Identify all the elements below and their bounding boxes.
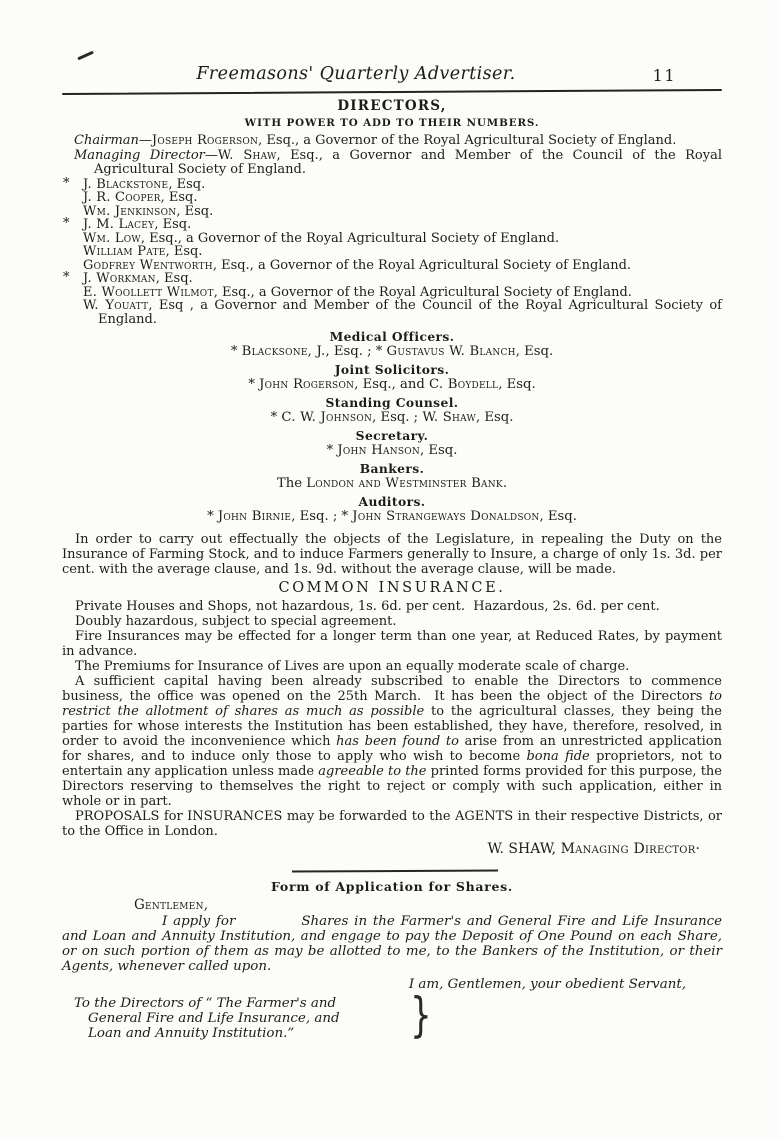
director-entry: * J. M. Lacey, Esq.	[62, 218, 722, 232]
rates-paragraphs: Private Houses and Shops, not hazardous,…	[62, 599, 722, 674]
form-address-lines: To the Directors of “ The Farmer's and G…	[74, 996, 454, 1042]
text-run: ·	[696, 841, 700, 857]
text-run: , Esq.	[498, 377, 535, 392]
text-run: Fire Insurances may be effected for a lo…	[62, 629, 722, 659]
officer-group-heading: Auditors.	[62, 495, 722, 509]
paragraph-rate: Fire Insurances may be effected for a lo…	[62, 629, 722, 659]
officer-group: Joint Solicitors. * John Rogerson, Esq.,…	[62, 363, 722, 393]
director-list: * J. Blackstone, Esq. J. R. Cooper, Esq.…	[62, 178, 722, 327]
officer-group-heading: Joint Solicitors.	[62, 363, 722, 377]
text-run: bona fide	[526, 749, 589, 764]
form-salutation: Gentlemen,	[134, 898, 722, 912]
prospectus-section: In order to carry out effectually the ob…	[62, 532, 722, 857]
star-marker: *	[63, 271, 70, 285]
text-run: Gentlemen	[134, 897, 204, 913]
text-run: , Esq. ; *	[326, 344, 387, 359]
text-run: John Strangeways Donaldson	[352, 509, 539, 524]
text-run: The	[277, 476, 306, 491]
text-run: Doubly hazardous, subject to special agr…	[75, 614, 396, 629]
text-run: , Esq. ; *	[291, 509, 352, 524]
form-valediction: I am, Gentlemen, your obedient Servant,	[62, 977, 722, 992]
officer-group: Medical Officers. * Blacksone, J., Esq. …	[62, 330, 722, 360]
officer-group: Auditors. * John Birnie, Esq. ; * John S…	[62, 495, 722, 525]
text-run: John Birnie	[218, 509, 291, 524]
text-run: *	[327, 443, 338, 458]
text-run: , Esq., a Governor of the Royal Agricult…	[213, 258, 631, 273]
officer-group: Standing Counsel. * C. W. Johnson, Esq. …	[62, 396, 722, 426]
text-run: *	[271, 410, 282, 425]
text-run: W. SHAW,	[488, 841, 561, 857]
section-divider	[292, 869, 498, 872]
form-address-block: To the Directors of “ The Farmer's and G…	[74, 996, 454, 1042]
text-run: ,	[204, 897, 208, 913]
text-run: C. W. Johnson	[281, 410, 372, 425]
scanned-page: Freemasons' Quarterly Advertiser. 11 DIR…	[62, 0, 722, 1041]
officer-group-names: * Blacksone, J., Esq. ; * Gustavus W. Bl…	[62, 345, 722, 360]
text-run: , Esq. ;	[372, 410, 422, 425]
text-run: , Esq.	[539, 509, 576, 524]
text-run: has been found to	[336, 734, 459, 749]
paragraph-rate: Private Houses and Shops, not hazardous,…	[62, 599, 722, 614]
page-header: Freemasons' Quarterly Advertiser. 11	[62, 0, 722, 84]
text-run: The Premiums for Insurance of Lives are …	[75, 659, 629, 674]
text-run: *	[248, 377, 259, 392]
director-entry: * J. Workman, Esq.	[62, 272, 722, 286]
star-marker: *	[63, 217, 70, 231]
directors-section: DIRECTORS, WITH POWER TO ADD TO THEIR NU…	[62, 98, 722, 524]
text-run: —	[139, 133, 152, 148]
text-run: John Hanson	[337, 443, 420, 458]
director-entry: E. Woollett Wilmot, Esq., a Governor of …	[62, 286, 722, 300]
paragraph-capital: A sufficient capital having been already…	[62, 674, 722, 809]
officer-group-heading: Standing Counsel.	[62, 396, 722, 410]
text-run: .	[503, 476, 507, 491]
text-run: , Esq., a Governor of the Royal Agricult…	[258, 133, 676, 148]
officer-group-names: The London and Westminster Bank.	[62, 477, 722, 492]
officer-group-names: * John Birnie, Esq. ; * John Strangeways…	[62, 510, 722, 525]
officer-groups: Medical Officers. * Blacksone, J., Esq. …	[62, 330, 722, 525]
application-form-section: Form of Application for Shares. Gentleme…	[62, 879, 722, 1042]
text-run: W. Shaw	[422, 410, 476, 425]
common-insurance-heading: COMMON INSURANCE.	[62, 580, 722, 597]
director-entry: Godfrey Wentworth, Esq., a Governor of t…	[62, 259, 722, 273]
text-run: , Esq., and	[354, 377, 429, 392]
text-run: agreeable to the	[318, 764, 426, 779]
officer-group-heading: Medical Officers.	[62, 330, 722, 344]
director-entry: W. Youatt, Esq , a Governor and Member o…	[62, 299, 722, 326]
header-rule	[62, 89, 722, 95]
director-entry: * J. Blackstone, Esq.	[62, 178, 722, 192]
page-number: 11	[653, 66, 676, 85]
text-run: A sufficient capital having been already…	[62, 674, 722, 704]
directors-subheading: WITH POWER TO ADD TO THEIR NUMBERS.	[62, 117, 722, 129]
director-name: W. Youatt, Esq , a Governor and Member o…	[83, 298, 722, 327]
text-run: , Esq.	[516, 344, 553, 359]
officer-group-names: * C. W. Johnson, Esq. ; W. Shaw, Esq.	[62, 411, 722, 426]
address-line: Loan and Annuity Institution.”	[88, 1026, 454, 1041]
text-run: Private Houses and Shops, not hazardous,…	[75, 599, 660, 614]
text-run: Joseph Rogerson	[152, 133, 258, 148]
officer-group-heading: Bankers.	[62, 462, 722, 476]
paragraph-proposals: PROPOSALS for INSURANCES may be forwarde…	[62, 809, 722, 839]
text-run: PROPOSALS for INSURANCES may be forwarde…	[62, 809, 722, 839]
address-brace: }	[410, 991, 432, 1041]
text-run: , Esq., a Governor of the Royal Agricult…	[141, 231, 559, 246]
officer-group: Bankers. The London and Westminster Bank…	[62, 462, 722, 492]
form-heading: Form of Application for Shares.	[62, 879, 722, 894]
principal-entry: Chairman—Joseph Rogerson, Esq., a Govern…	[62, 134, 722, 148]
principal-entry: Managing Director—W. Shaw, Esq., a Gover…	[62, 149, 722, 176]
text-run: , Esq.	[476, 410, 513, 425]
address-line: To the Directors of “ The Farmer's and	[74, 996, 454, 1011]
director-entry: J. R. Cooper, Esq.	[62, 191, 722, 205]
text-run: , Esq , a Governor and Member of the Cou…	[98, 298, 722, 327]
text-run: To the Directors of “ The Farmer's and	[74, 996, 336, 1011]
text-run: General Fire and Life Insurance, and	[88, 1011, 340, 1026]
address-line: General Fire and Life Insurance, and	[88, 1011, 454, 1026]
form-body-text: I apply forShares in the Farmer's and Ge…	[62, 914, 722, 975]
text-run: London and Westminster Bank	[306, 476, 503, 491]
text-run: I am, Gentlemen, your obedient Servant,	[409, 977, 686, 992]
text-run: *	[231, 344, 242, 359]
text-run: Loan and Annuity Institution.”	[88, 1026, 294, 1041]
text-run: *	[207, 509, 218, 524]
text-run: Gustavus W. Blanch	[387, 344, 516, 359]
text-run: In order to carry out effectually the ob…	[62, 532, 722, 577]
text-run: C. Boydell	[429, 377, 498, 392]
officer-group-heading: Secretary.	[62, 429, 722, 443]
text-run: John Rogerson	[259, 377, 354, 392]
text-run: Blacksone, J.	[242, 344, 326, 359]
text-run: , Esq.	[420, 443, 457, 458]
director-entry: Wm. Jenkinson, Esq.	[62, 205, 722, 219]
principal-list: Chairman—Joseph Rogerson, Esq., a Govern…	[62, 134, 722, 176]
officer-group-names: * John Hanson, Esq.	[62, 444, 722, 459]
text-run: Managing Director	[561, 841, 696, 857]
star-marker: *	[63, 177, 70, 191]
paragraph-rate: Doubly hazardous, subject to special agr…	[62, 614, 722, 629]
signature-line: W. SHAW, Managing Director·	[62, 841, 722, 857]
text-run: Chairman	[74, 133, 139, 148]
text-run: Shares in the Farmer's and General Fire …	[62, 914, 722, 975]
officer-group-names: * John Rogerson, Esq., and C. Boydell, E…	[62, 378, 722, 393]
director-entry: Wm. Low, Esq., a Governor of the Royal A…	[62, 232, 722, 246]
officer-group: Secretary. * John Hanson, Esq.	[62, 429, 722, 459]
director-entry: William Pate, Esq.	[62, 245, 722, 259]
text-run: I apply for	[162, 914, 235, 929]
paragraph-rate: The Premiums for Insurance of Lives are …	[62, 659, 722, 674]
directors-heading: DIRECTORS,	[62, 98, 722, 114]
paragraph-intro: In order to carry out effectually the ob…	[62, 532, 722, 577]
running-title: Freemasons' Quarterly Advertiser.	[26, 64, 686, 84]
